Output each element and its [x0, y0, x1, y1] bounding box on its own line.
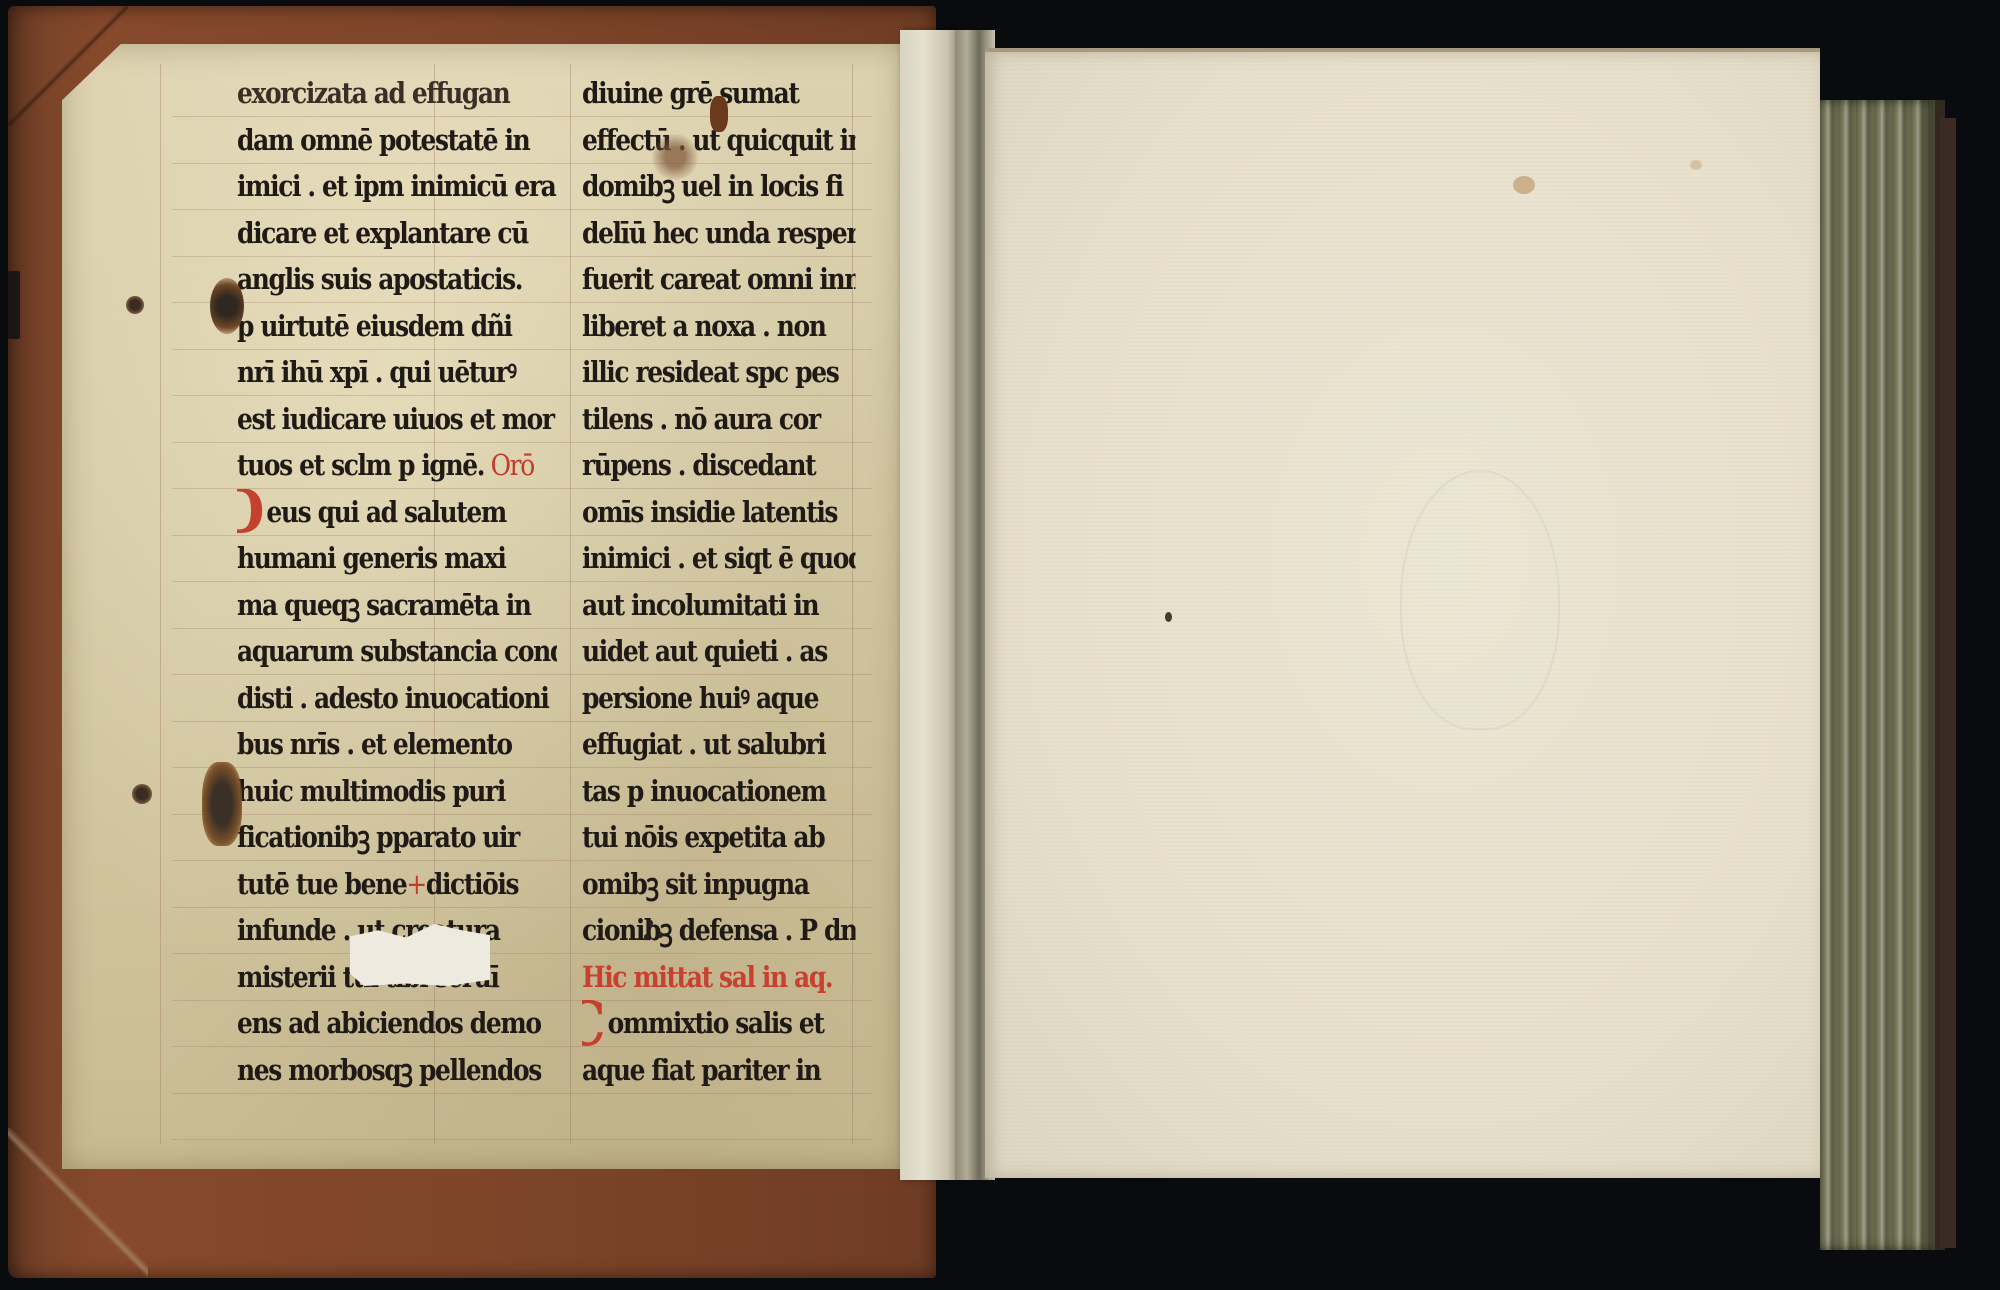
foxing-spot: [1513, 176, 1535, 194]
text-column-b: diuine grē sumateffectū . ut quicquit in…: [582, 70, 900, 1093]
line-text: nes morbosqꝫ pellendos: [237, 1053, 541, 1087]
manuscript-line: rūpens . discedant: [582, 442, 855, 489]
manuscript-line: effugiat . ut salubri: [582, 721, 855, 768]
line-text: ma queqꝫ sacramēta in: [237, 588, 531, 622]
line-text: bus nrīs . et elemento: [237, 727, 512, 761]
fore-edge-text-block: [1820, 100, 1945, 1250]
manuscript-line: humani generis maxi: [237, 535, 557, 582]
line-text: effugiat . ut salubri: [582, 727, 825, 761]
burn-stain: [210, 278, 244, 334]
book-photograph: exorcizata ad effugandam omnē potestatē …: [0, 0, 2000, 1290]
clasp-remnant: [8, 271, 20, 339]
line-text: liberet a noxa . non: [582, 309, 826, 343]
line-text: persione huiꝰ aque: [582, 681, 818, 715]
manuscript-line: tilens . nō aura cor: [582, 396, 855, 443]
line-text: tas p inuocationem: [582, 774, 826, 808]
manuscript-line: domibꝫ uel in locis fi: [582, 163, 855, 210]
burn-stain: [202, 762, 242, 846]
line-text: uidet aut quieti . as: [582, 634, 827, 668]
line-text: eus qui ad salutem: [266, 495, 506, 529]
line-text: tutē tue bene: [237, 867, 406, 901]
line-text: aque fiat pariter in: [582, 1053, 820, 1087]
manuscript-line: aque fiat pariter in: [582, 1047, 855, 1094]
manuscript-line: liberet a noxa . non: [582, 303, 855, 350]
manuscript-line: nes morbosqꝫ pellendos: [237, 1047, 557, 1094]
parchment-loss: [350, 924, 490, 986]
nail-hole: [132, 784, 152, 804]
manuscript-line: persione huiꝰ aque: [582, 675, 855, 722]
line-text: nrī ihū xpī . qui uēturꝰ: [237, 355, 516, 389]
manuscript-line: Commixtio salis et: [582, 1000, 855, 1047]
line-text: imici . et ipm inimicū era: [237, 169, 555, 203]
manuscript-line: ma queqꝫ sacramēta in: [237, 582, 557, 629]
manuscript-line: ens ad abiciendos demo: [237, 1000, 557, 1047]
line-text: rūpens . discedant: [582, 448, 815, 482]
line-text: fuerit careat omni inmūdicia: [582, 262, 855, 296]
abrasion-stain: [652, 134, 698, 180]
line-text: domibꝫ uel in locis fi: [582, 169, 843, 203]
manuscript-line: tas p inuocationem: [582, 768, 855, 815]
foxing-spot: [1690, 160, 1702, 170]
manuscript-line: ficationibꝫ pparato uir: [237, 814, 557, 861]
red-cross-mark: +: [406, 867, 426, 901]
manuscript-line: bus nrīs . et elemento: [237, 721, 557, 768]
manuscript-line: dicare et explantare cū: [237, 210, 557, 257]
nail-hole: [126, 296, 144, 314]
line-text: illic resideat spc pes: [582, 355, 838, 389]
manuscript-line: cionibꝫ defensa . P dn.: [582, 907, 855, 954]
line-text: huic multimodis puri: [237, 774, 505, 808]
foxing-spot: [1165, 612, 1172, 622]
manuscript-line: aquarum substancia condi: [237, 628, 557, 675]
ruling-bound-line: [160, 64, 161, 1144]
line-text: est iudicare uiuos et mor: [237, 402, 554, 436]
line-text: p uirtutē eiusdem dñi: [237, 309, 512, 343]
manuscript-line: uidet aut quieti . as: [582, 628, 855, 675]
manuscript-line: omīs insidie latentis: [582, 489, 855, 536]
gutter-stub: [900, 30, 960, 1180]
line-text: cionibꝫ defensa . P dn.: [582, 913, 855, 947]
line-text: tui nōis expetita ab: [582, 820, 824, 854]
manuscript-line: anglis suis apostaticis.: [237, 256, 557, 303]
manuscript-line: est iudicare uiuos et mor: [237, 396, 557, 443]
line-text: ens ad abiciendos demo: [237, 1006, 541, 1040]
line-text: tuos et sclm p ignē.: [237, 448, 484, 482]
manuscript-line: dam omnē potestatē in: [237, 117, 557, 164]
manuscript-line: disti . adesto inuocationi: [237, 675, 557, 722]
line-text: omibꝫ sit inpugna: [582, 867, 809, 901]
manuscript-line: imici . et ipm inimicū era: [237, 163, 557, 210]
manuscript-line: huic multimodis puri: [237, 768, 557, 815]
line-text: tilens . nō aura cor: [582, 402, 820, 436]
line-text: omīs insidie latentis: [582, 495, 837, 529]
manuscript-line: Hic mittat sal in aq.: [582, 954, 855, 1001]
manuscript-line: p uirtutē eiusdem dñi: [237, 303, 557, 350]
line-text: dictiōis: [426, 867, 518, 901]
rubricated-initial: D: [237, 489, 263, 535]
ruling-line: [172, 1139, 872, 1140]
line-text: diuine grē sumat: [582, 76, 799, 110]
manuscript-line: fuerit careat omni inmūdicia: [582, 256, 855, 303]
line-text: ommixtio salis et: [608, 1006, 824, 1040]
manuscript-line: nrī ihū xpī . qui uēturꝰ: [237, 349, 557, 396]
line-text: aquarum substancia condi: [237, 634, 557, 668]
right-board-edge: [1940, 118, 1956, 1248]
manuscript-line: illic resideat spc pes: [582, 349, 855, 396]
watermark-showthrough: [1400, 470, 1560, 730]
line-text: dam omnē potestatē in: [237, 123, 529, 157]
line-text: inimici . et siqt ē quod: [582, 541, 855, 575]
manuscript-line: omibꝫ sit inpugna: [582, 861, 855, 908]
manuscript-line: inimici . et siqt ē quod: [582, 535, 855, 582]
manuscript-line: tuos et sclm p ignē. Orō: [237, 442, 557, 489]
line-text: exorcizata ad effugan: [237, 76, 509, 110]
line-text: ficationibꝫ pparato uir: [237, 820, 519, 854]
line-text: aut incolumitati in: [582, 588, 818, 622]
manuscript-pastedown: exorcizata ad effugandam omnē potestatē …: [62, 44, 902, 1169]
line-text: Hic mittat sal in aq.: [582, 960, 832, 994]
manuscript-line: exorcizata ad effugan: [237, 70, 557, 117]
rubric-text: Orō: [484, 448, 534, 482]
line-text: anglis suis apostaticis.: [237, 262, 522, 296]
line-text: disti . adesto inuocationi: [237, 681, 549, 715]
line-text: humani generis maxi: [237, 541, 506, 575]
manuscript-line: tutē tue bene+dictiōis: [237, 861, 557, 908]
line-text: dicare et explantare cū: [237, 216, 528, 250]
manuscript-line: delīū hec unda respersa: [582, 210, 855, 257]
manuscript-line: Deus qui ad salutem: [237, 489, 557, 536]
manuscript-line: tui nōis expetita ab: [582, 814, 855, 861]
line-text: delīū hec unda respersa: [582, 216, 855, 250]
ink-blot: [710, 96, 728, 132]
rubricated-initial: C: [582, 1001, 604, 1047]
manuscript-line: aut incolumitati in: [582, 582, 855, 629]
